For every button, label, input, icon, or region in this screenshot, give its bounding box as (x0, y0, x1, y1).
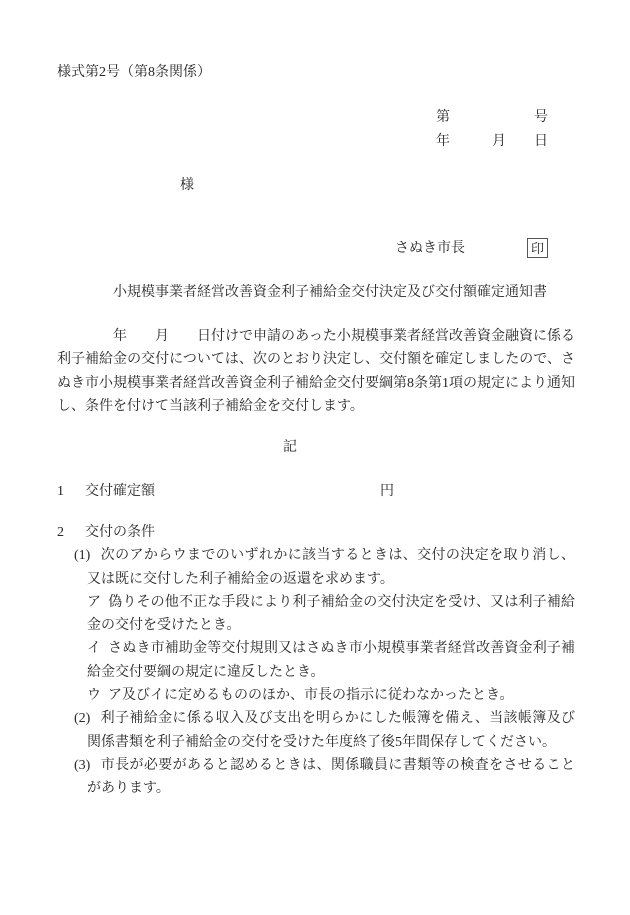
condition-text: ア及びイに定めるもののほか、市長の指示に従わなかったとき。 (108, 688, 513, 703)
sender-name: さぬき市長 (395, 239, 465, 259)
condition-text: さぬき市補助金等交付規則又はさぬき市小規模事業者経営改善資金利子補給金交付要綱の… (87, 641, 575, 679)
form-number: 様式第2号（第8条関係） (57, 63, 211, 83)
condition-item-2: (2)利子補給金に係る収入及び支出を明らかにした帳簿を備え、当該帳簿及び関係書類… (57, 707, 575, 754)
condition-item-1-u: ウア及びイに定めるもののほか、市長の指示に従わなかったとき。 (57, 684, 575, 707)
item-label: 交付の条件 (85, 525, 155, 540)
condition-item-1-a: ア偽りその他不正な手段により利子補給金の交付決定を受け、又は利子補給金の交付を受… (57, 591, 575, 638)
body-paragraph: 年 月 日付けで申請のあった小規模事業者経営改善資金融資に係る利子補給金の交付に… (57, 325, 575, 418)
date-line: 年 月 日 (436, 132, 548, 152)
condition-text: 市長が必要があると認めるときは、関係職員に書類等の検査をさせることがあります。 (87, 758, 575, 796)
condition-item-3: (3)市長が必要があると認めるときは、関係職員に書類等の検査をさせることがありま… (57, 754, 575, 801)
kana-marker: ウ (87, 688, 101, 703)
doc-number-line: 第 号 (436, 108, 548, 128)
condition-text: 次のアからウまでのいずれかに該当するときは、交付の決定を取り消し、又は既に交付し… (87, 548, 575, 586)
item-grant-conditions: 2交付の条件 (1)次のアからウまでのいずれかに該当するときは、交付の決定を取り… (57, 521, 575, 801)
record-marker: 記 (0, 438, 630, 458)
item-label: 交付確定額 (85, 484, 155, 499)
item-number: 1 (57, 484, 64, 499)
condition-item-1: (1)次のアからウまでのいずれかに該当するときは、交付の決定を取り消し、又は既に… (57, 544, 575, 591)
currency-unit: 円 (380, 480, 394, 503)
condition-marker: (2) (74, 711, 90, 726)
kana-marker: ア (87, 595, 101, 610)
item-heading: 2交付の条件 (57, 521, 575, 544)
condition-marker: (3) (74, 758, 90, 773)
item-grant-amount: 1交付確定額 円 (57, 480, 575, 503)
seal-stamp: 印 (527, 238, 548, 258)
kana-marker: イ (87, 641, 101, 656)
document-title: 小規模事業者経営改善資金利子補給金交付決定及び交付額確定通知書 (0, 283, 630, 303)
condition-text: 偽りその他不正な手段により利子補給金の交付決定を受け、又は利子補給金の交付を受け… (87, 595, 575, 633)
condition-marker: (1) (74, 548, 90, 563)
document-page: 様式第2号（第8条関係） 第 号 年 月 日 様 さぬき市長 印 小規模事業者経… (0, 0, 630, 915)
item-number: 2 (57, 525, 64, 540)
condition-item-1-i: イさぬき市補助金等交付規則又はさぬき市小規模事業者経営改善資金利子補給金交付要綱… (57, 637, 575, 684)
condition-text: 利子補給金に係る収入及び支出を明らかにした帳簿を備え、当該帳簿及び関係書類を利子… (87, 711, 575, 749)
addressee-honorific: 様 (180, 176, 194, 196)
